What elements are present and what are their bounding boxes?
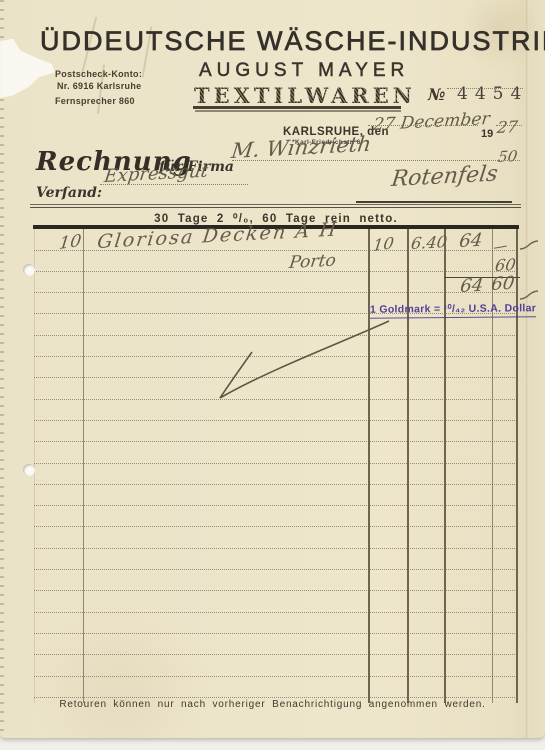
customer-line — [232, 160, 520, 161]
ruled-row-line — [34, 420, 517, 421]
item-amount-pf: — — [492, 238, 509, 256]
company-name: ÜDDEUTSCHE WÄSCHE-INDUSTRIE — [40, 26, 545, 57]
date-line — [368, 125, 478, 126]
ruled-row-line — [34, 292, 517, 293]
versand-label: Verſand: — [36, 185, 102, 201]
punch-hole — [23, 264, 35, 276]
handwritten-year: 27 — [496, 117, 519, 137]
band-rule-top2 — [30, 207, 521, 208]
ruled-row-line — [34, 463, 517, 464]
table-line — [492, 229, 493, 703]
owner-name: AUGUST MAYER — [199, 60, 409, 82]
footer-notice: Retouren können nur nach vorheriger Bena… — [0, 699, 545, 710]
ruled-row-line — [34, 654, 517, 655]
ruled-row-line — [34, 569, 517, 570]
item-unit-price: 6.40 — [410, 232, 448, 253]
table-line — [368, 229, 370, 703]
punch-hole — [23, 464, 35, 476]
item-amount-mark: 64 — [458, 230, 484, 252]
invoice-number: 4454 — [457, 84, 528, 104]
invoice-number-line — [447, 88, 523, 89]
postal-account-number: Nr. 6916 Karlsruhe — [57, 81, 141, 91]
shipping-line — [100, 184, 248, 185]
band-rule-top — [30, 204, 521, 205]
destination-underline — [356, 201, 512, 203]
trade-underline-shadow — [195, 110, 401, 112]
item-quantity: 10 — [372, 233, 395, 255]
table-line — [83, 229, 84, 703]
ruled-row-line — [34, 612, 517, 613]
trade-underline — [193, 106, 401, 109]
table-line — [407, 229, 409, 703]
number-label: № — [428, 85, 445, 104]
ruled-row-line — [34, 697, 517, 698]
perforated-edge — [0, 0, 4, 738]
handwritten-side-number: 50 — [497, 147, 518, 166]
pencil-check-icon — [518, 290, 540, 302]
invoice-document: ÜDDEUTSCHE WÄSCHE-INDUSTRIE AUGUST MAYER… — [0, 0, 545, 750]
ruled-row-line — [34, 441, 517, 442]
fold-crease — [526, 0, 529, 738]
ruled-row-line — [34, 590, 517, 591]
ruled-row-line — [34, 633, 517, 634]
ruled-row-line — [34, 676, 517, 677]
ruled-row-line — [34, 505, 517, 506]
ruled-row-line — [34, 526, 517, 527]
pencil-check-icon — [518, 240, 540, 252]
phone-line: Fernsprecher 860 — [55, 96, 135, 106]
porto-label: Porto — [288, 251, 337, 273]
ruled-row-line — [34, 548, 517, 549]
trade-line: TEXTILWAREN — [194, 83, 416, 108]
item-pieces: 10 — [58, 231, 82, 254]
total-amount-pf: 60 — [490, 273, 516, 295]
ruled-row-line — [34, 271, 517, 272]
table-line — [444, 229, 446, 703]
year-line — [496, 125, 522, 126]
pencil-checkmark — [198, 308, 398, 408]
postal-account-label: Postscheck-Konto: — [55, 69, 142, 79]
total-amount-mark: 64 — [459, 275, 485, 297]
ruled-row-line — [34, 484, 517, 485]
year-prefix: 19 — [481, 128, 493, 140]
